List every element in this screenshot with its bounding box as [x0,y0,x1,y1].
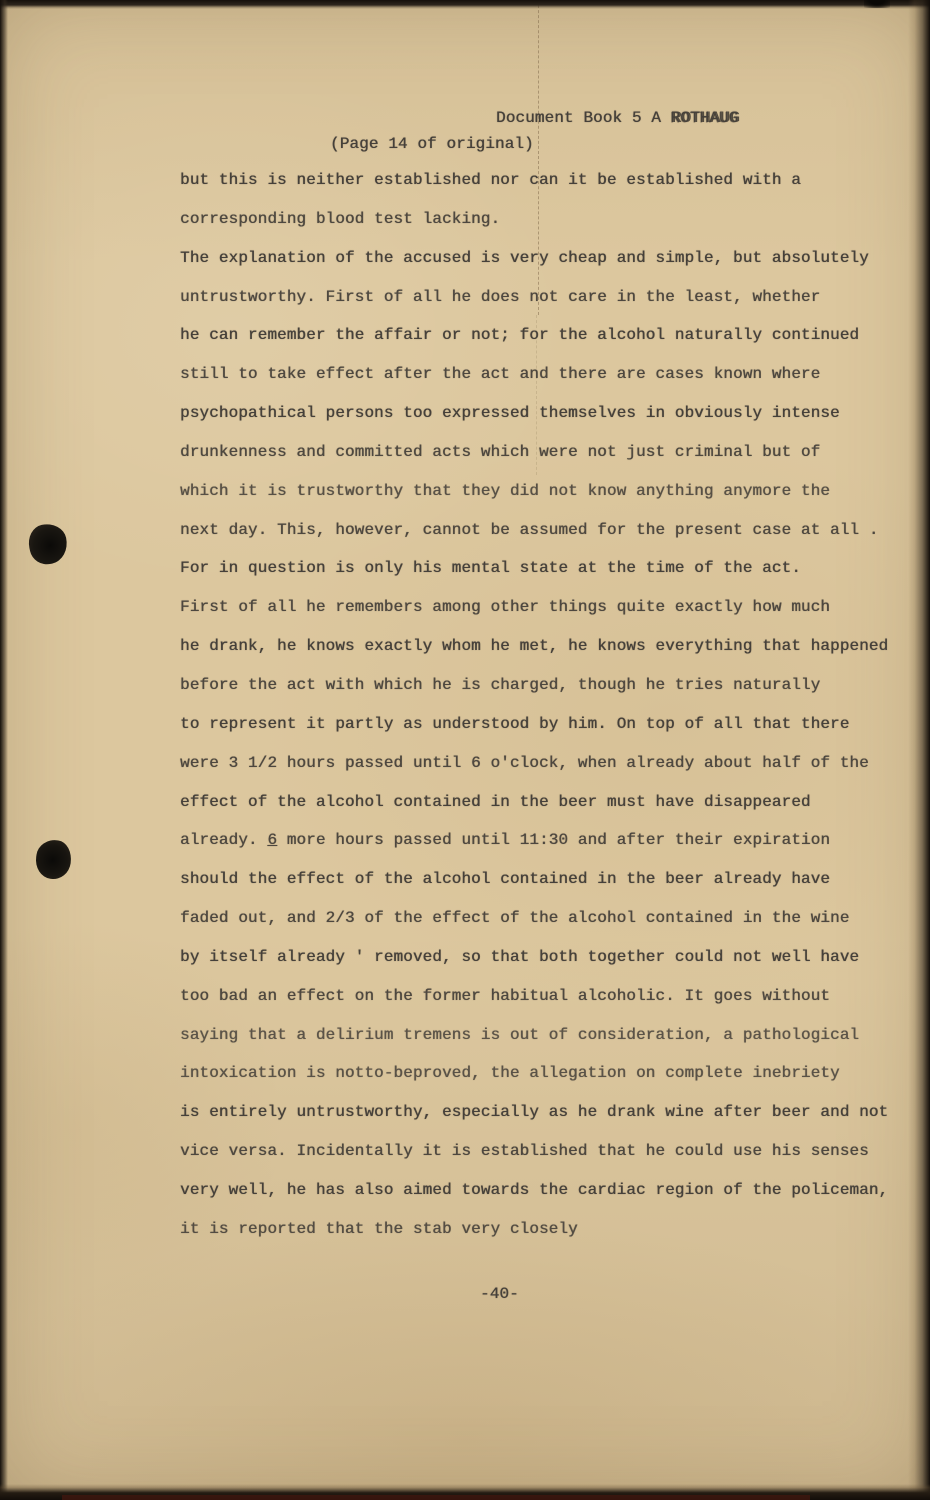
typed-line: effect of the alcohol contained in the b… [180,793,900,832]
typed-line: next day. This, however, cannot be assum… [180,521,900,560]
typed-line: intoxication is notto-beproved, the alle… [180,1064,900,1103]
typed-line: faded out, and 2/3 of the effect of the … [180,909,900,948]
typed-line: drunkenness and committed acts which wer… [180,443,900,482]
typed-line: it is reported that the stab very closel… [180,1220,900,1259]
typed-line: very well, he has also aimed towards the… [180,1181,900,1220]
typed-line-with-underline: already. 6 more hours passed until 11:30… [180,831,900,870]
typed-line: to represent it partly as understood by … [180,715,900,754]
typed-line: by itself already ' removed, so that bot… [180,948,900,987]
typed-line: which it is trustworthy that they did no… [180,482,900,521]
typed-line: were 3 1/2 hours passed until 6 o'clock,… [180,754,900,793]
scan-edge-top [0,0,930,9]
typed-line: before the act with which he is charged,… [180,676,900,715]
page-number: -40- [480,1285,519,1303]
hole-punch-bottom [33,838,73,881]
typed-line: he can remember the affair or not; for t… [180,326,900,365]
scan-edge-bottom [0,1484,930,1500]
original-page-reference: (Page 14 of original) [330,135,534,153]
typed-line: corresponding blood test lacking. [180,210,900,249]
document-book-label: Document Book 5 A [496,109,671,127]
typed-line: untrustworthy. First of all he does not … [180,288,900,327]
typed-line: still to take effect after the act and t… [180,365,900,404]
typed-line: For in question is only his mental state… [180,559,900,598]
typed-line: First of all he remembers among other th… [180,598,900,637]
typed-line: vice versa. Incidentally it is establish… [180,1142,900,1181]
scanned-document-page: Document Book 5 A ROTHAUG (Page 14 of or… [0,0,930,1500]
typed-line: psychopathical persons too expressed the… [180,404,900,443]
typed-line: saying that a delirium tremens is out of… [180,1026,900,1065]
scan-edge-right [908,0,930,1500]
typed-line: The explanation of the accused is very c… [180,249,900,288]
underlined-number: 6 [267,831,277,849]
typed-line: is entirely untrustworthy, especially as… [180,1103,900,1142]
typed-line-segment: already. [180,831,267,849]
document-book-header: Document Book 5 A ROTHAUG [496,109,739,127]
typed-line: should the effect of the alcohol contain… [180,870,900,909]
typed-line: too bad an effect on the former habitual… [180,987,900,1026]
typed-line: he drank, he knows exactly whom he met, … [180,637,900,676]
typed-line-segment: more hours passed until 11:30 and after … [277,831,830,849]
typed-body-text: but this is neither established nor can … [180,171,900,1259]
ink-blot-top-edge [864,0,890,8]
typed-line: but this is neither established nor can … [180,171,900,210]
scan-edge-bottom-accent [62,1495,810,1500]
scan-edge-left [0,0,8,1500]
hole-punch-top [25,520,70,567]
defendant-name: ROTHAUG [671,109,739,127]
